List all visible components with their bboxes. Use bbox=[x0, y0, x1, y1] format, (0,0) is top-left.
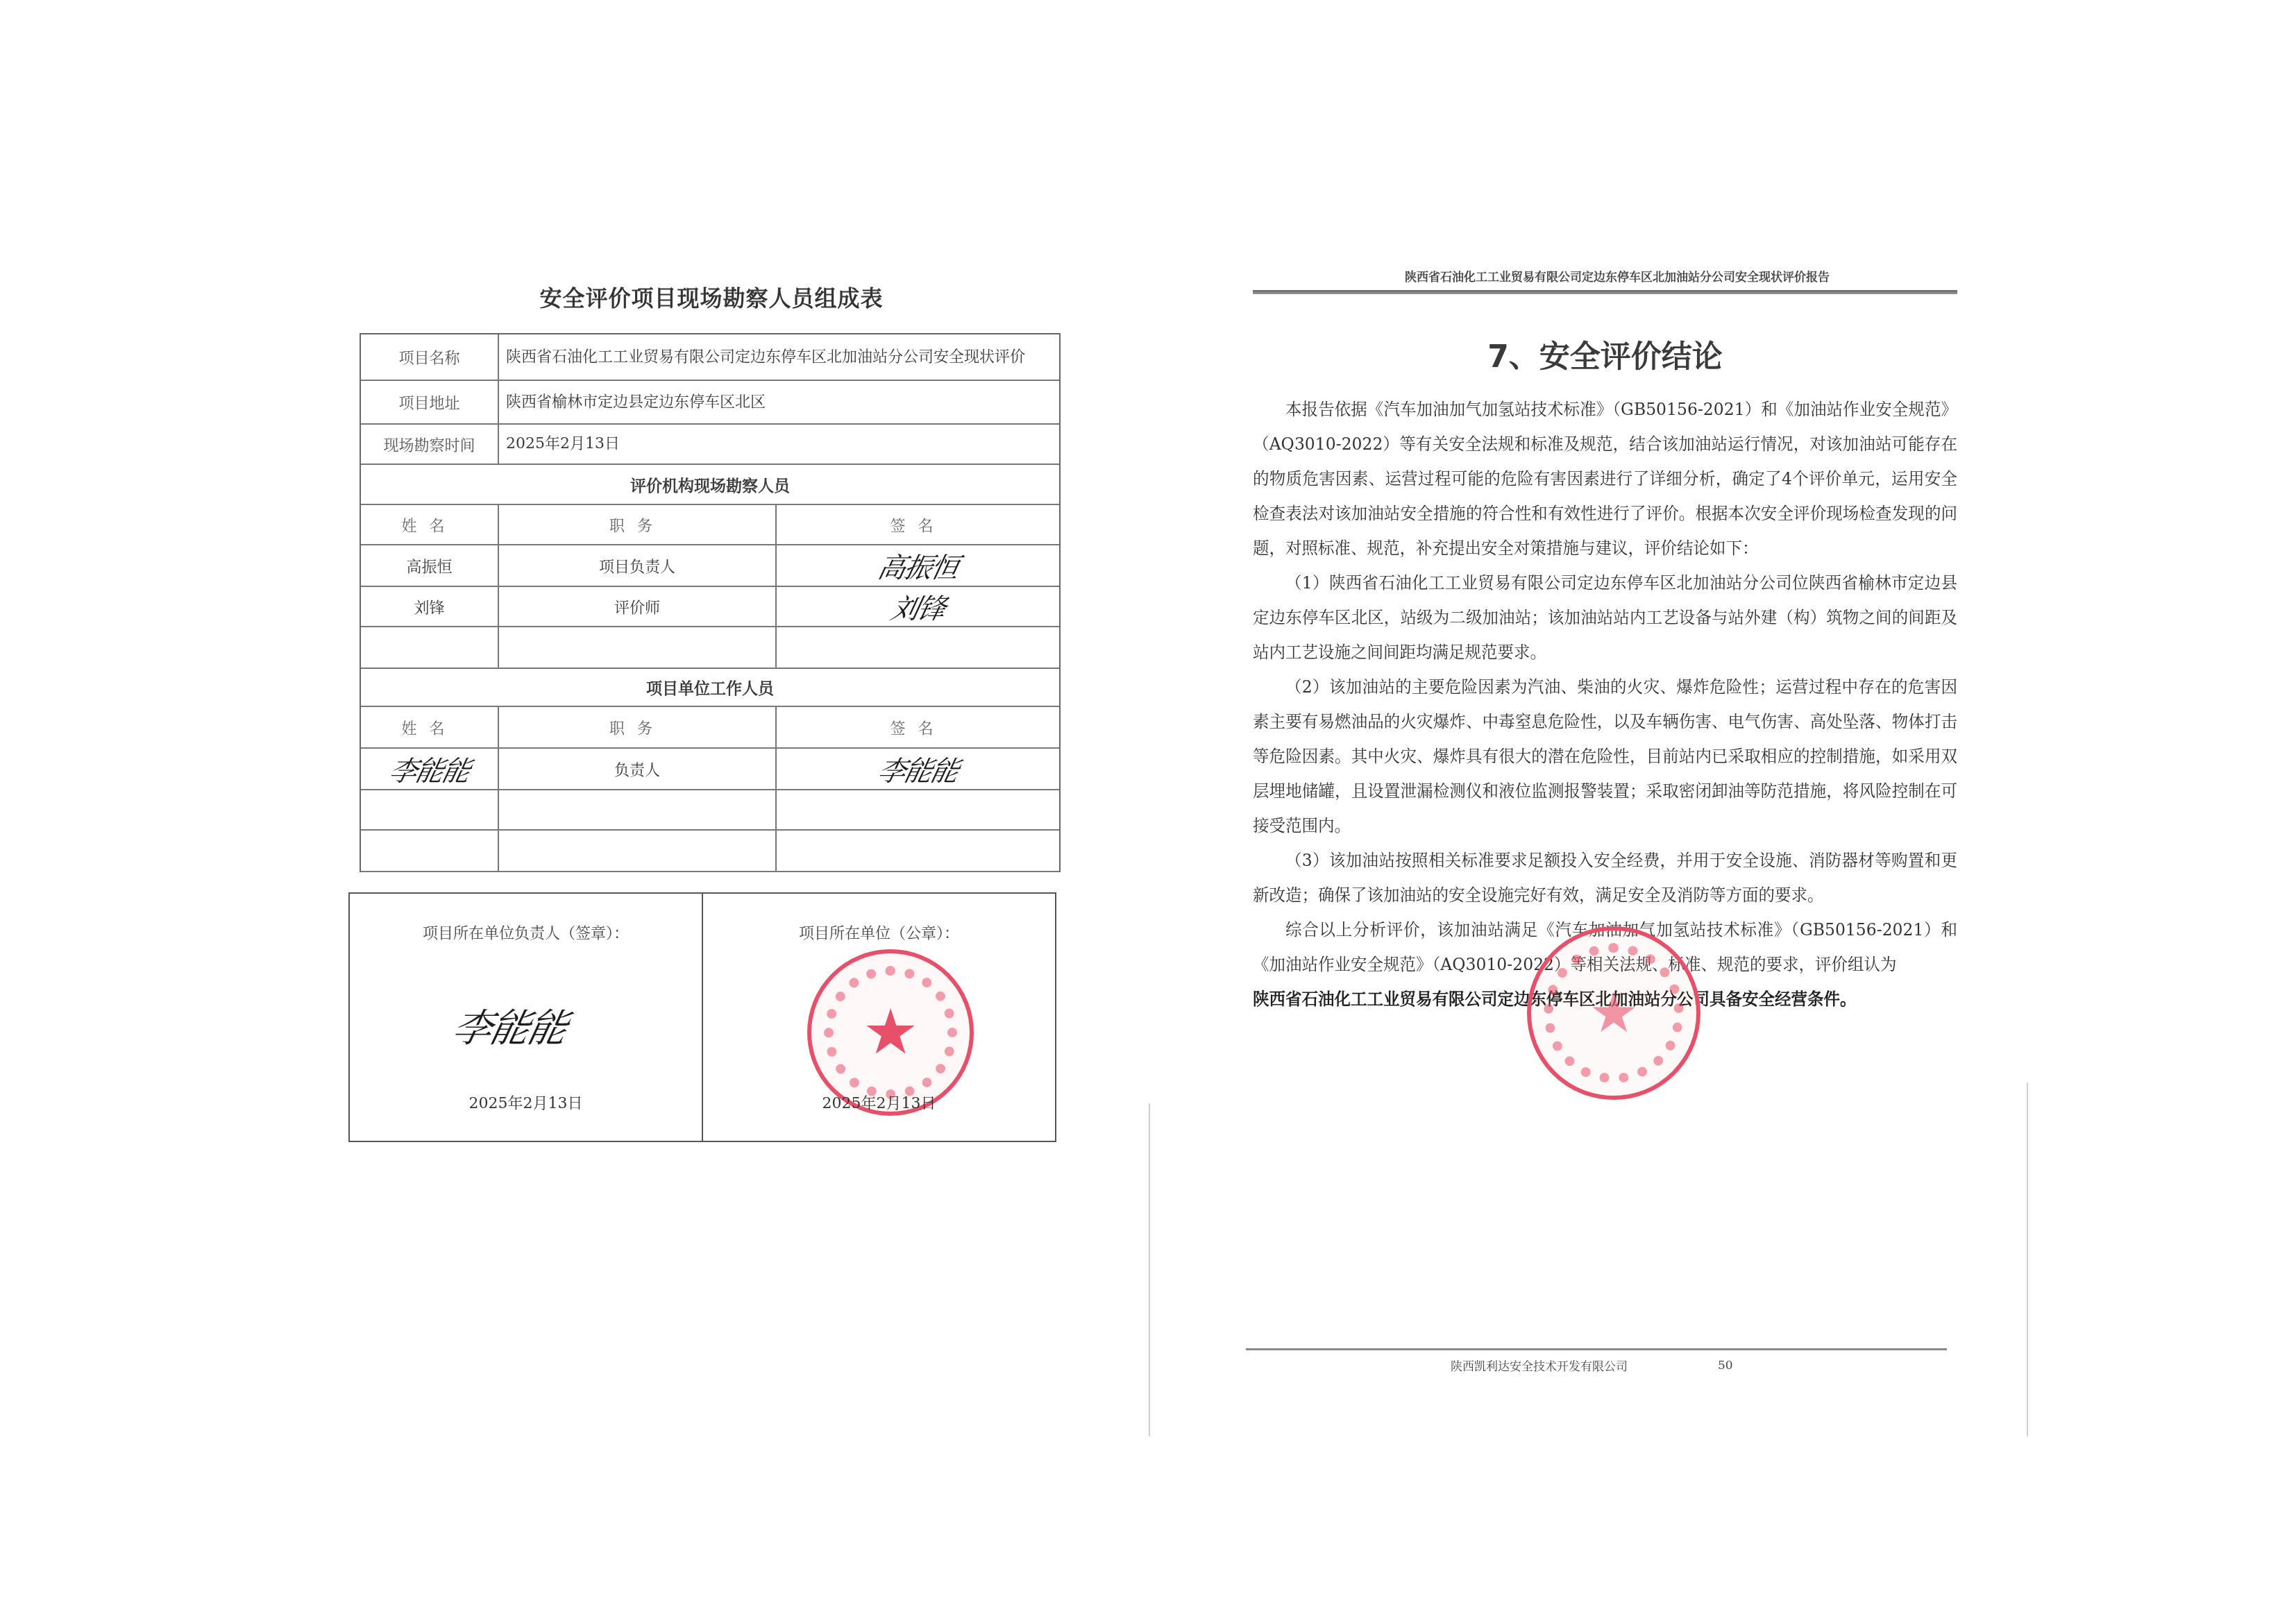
company-seal-stamp: ★ bbox=[807, 949, 974, 1116]
form-title: 安全评价项目现场勘察人员组成表 bbox=[361, 281, 1062, 313]
staff-signature: 李能能 bbox=[775, 749, 1059, 789]
evaluator-signature: 刘锋 bbox=[775, 587, 1059, 626]
unit-seal-label: 项目所在单位（公章）： bbox=[703, 921, 1055, 943]
leader-sign-date: 2025年2月13日 bbox=[350, 1091, 702, 1113]
info-row-project-address: 项目地址 陕西省榆林市定边县定边东停车区北区 bbox=[361, 381, 1059, 425]
section-title: 7、安全评价结论 bbox=[1253, 332, 1957, 376]
star-icon: ★ bbox=[811, 1001, 970, 1064]
section-heading-evaluators: 评价机构现场勘察人员 bbox=[361, 465, 1059, 505]
handwritten-signature: 刘锋 bbox=[887, 587, 948, 627]
col-header-position: 职务 bbox=[498, 707, 775, 747]
value-project-address: 陕西省榆林市定边县定边东停车区北区 bbox=[498, 381, 1059, 423]
finding-paragraph-2: （2）该加油站的主要危险因素为汽油、柴油的火灾、爆炸危险性；运营过程中存在的危害… bbox=[1253, 670, 1957, 843]
page-edge-left bbox=[1149, 1103, 1150, 1436]
staff-signature bbox=[775, 790, 1059, 829]
evaluator-name bbox=[361, 627, 498, 668]
table-row: 刘锋 评价师 刘锋 bbox=[361, 587, 1059, 627]
evaluator-name: 刘锋 bbox=[361, 587, 498, 626]
evaluator-position: 评价师 bbox=[498, 587, 775, 626]
staff-name: 李能能 bbox=[361, 749, 498, 789]
finding-paragraph-1: （1）陕西省石油化工工业贸易有限公司定边东停车区北加油站分公司位陕西省榆林市定边… bbox=[1253, 566, 1957, 670]
table-row bbox=[361, 790, 1059, 831]
leader-sign-box: 项目所在单位负责人（签章）： 李能能 2025年2月13日 bbox=[350, 894, 702, 1141]
intro-paragraph: 本报告依据《汽车加油加气加氢站技术标准》（GB50156-2021）和《加油站作… bbox=[1253, 392, 1957, 566]
footer-company: 陕西凯利达安全技术开发有限公司 bbox=[1451, 1357, 1628, 1374]
handwritten-signature: 高振恒 bbox=[874, 546, 961, 586]
table-row: 高振恒 项目负责人 高振恒 bbox=[361, 545, 1059, 587]
col-header-signature: 签名 bbox=[775, 505, 1059, 544]
evaluator-name: 高振恒 bbox=[361, 545, 498, 586]
staff-name bbox=[361, 790, 498, 829]
evaluator-signature: 高振恒 bbox=[775, 545, 1059, 586]
label-project-name: 项目名称 bbox=[361, 334, 498, 380]
star-icon: ★ bbox=[1531, 985, 1696, 1041]
col-header-name: 姓名 bbox=[361, 505, 498, 544]
unit-seal-box: 项目所在单位（公章）： ★ 2025年2月13日 bbox=[702, 894, 1055, 1141]
value-survey-date: 2025年2月13日 bbox=[498, 425, 1059, 464]
label-survey-date: 现场勘察时间 bbox=[361, 425, 498, 464]
handwritten-name: 李能能 bbox=[385, 749, 473, 789]
leader-sign-label: 项目所在单位负责人（签章）： bbox=[350, 921, 702, 943]
page-number: 50 bbox=[1718, 1359, 1733, 1373]
col-header-position: 职务 bbox=[498, 505, 775, 544]
evaluator-position: 项目负责人 bbox=[498, 545, 775, 586]
conclusion-body: 本报告依据《汽车加油加气加氢站技术标准》（GB50156-2021）和《加油站作… bbox=[1253, 392, 1957, 1017]
table-row: 李能能 负责人 李能能 bbox=[361, 749, 1059, 790]
finding-paragraph-3: （3）该加油站按照相关标准要求足额投入安全经费，并用于安全设施、消防器材等购置和… bbox=[1253, 843, 1957, 912]
project-unit-heading: 项目单位工作人员 bbox=[361, 669, 1059, 706]
evaluator-position bbox=[498, 627, 775, 668]
col-header-signature: 签名 bbox=[775, 707, 1059, 747]
leader-handwritten-signature: 李能能 bbox=[448, 998, 572, 1053]
section-heading-project-unit: 项目单位工作人员 bbox=[361, 669, 1059, 707]
value-project-name: 陕西省石油化工工业贸易有限公司定边东停车区北加油站分公司安全现状评价 bbox=[498, 334, 1059, 380]
sign-off-section: 项目所在单位负责人（签章）： 李能能 2025年2月13日 项目所在单位（公章）… bbox=[348, 892, 1056, 1142]
footer-rule bbox=[1246, 1348, 1947, 1350]
page-edge-right bbox=[2027, 1082, 2028, 1436]
running-header: 陕西省石油化工工业贸易有限公司定边东停车区北加油站分公司安全现状评价报告 bbox=[1270, 267, 1964, 284]
survey-personnel-table: 项目名称 陕西省石油化工工业贸易有限公司定边东停车区北加油站分公司安全现状评价 … bbox=[360, 333, 1061, 872]
table-row bbox=[361, 627, 1059, 669]
project-unit-header-row: 姓名 职务 签名 bbox=[361, 707, 1059, 749]
unit-seal-date: 2025年2月13日 bbox=[703, 1091, 1055, 1113]
staff-position bbox=[498, 831, 775, 871]
evaluator-signature bbox=[775, 627, 1059, 668]
handwritten-signature: 李能能 bbox=[874, 749, 961, 789]
staff-position: 负责人 bbox=[498, 749, 775, 789]
table-row bbox=[361, 831, 1059, 872]
evaluators-heading: 评价机构现场勘察人员 bbox=[361, 465, 1059, 504]
col-header-name: 姓名 bbox=[361, 707, 498, 747]
staff-signature bbox=[775, 831, 1059, 871]
info-row-project-name: 项目名称 陕西省石油化工工业贸易有限公司定边东停车区北加油站分公司安全现状评价 bbox=[361, 334, 1059, 381]
staff-position bbox=[498, 790, 775, 829]
evaluators-header-row: 姓名 职务 签名 bbox=[361, 505, 1059, 545]
info-row-survey-date: 现场勘察时间 2025年2月13日 bbox=[361, 425, 1059, 465]
staff-name bbox=[361, 831, 498, 871]
company-seal-stamp: ★ bbox=[1527, 926, 1700, 1100]
label-project-address: 项目地址 bbox=[361, 381, 498, 423]
header-rule bbox=[1253, 290, 1957, 294]
